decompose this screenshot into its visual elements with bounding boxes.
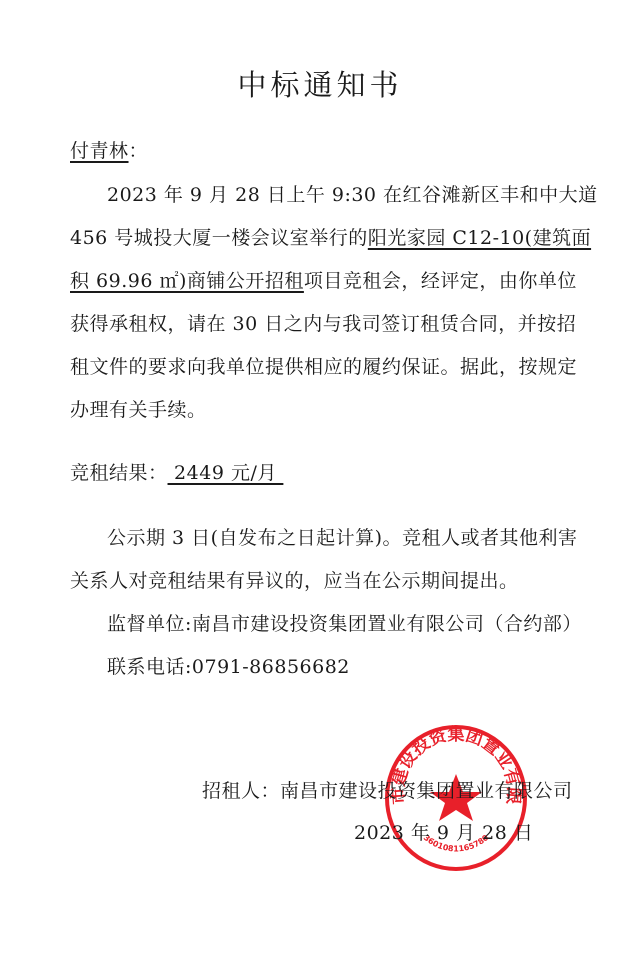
result-value: 2449 元/月 — [168, 462, 284, 484]
notice-line-2: 关系人对竞租结果有异议的，应当在公示期间提出。 — [70, 566, 519, 593]
body-line-4: 获得承租权，请在 30 日之内与我司签订租赁合同，并按招 — [70, 309, 576, 336]
notice-line-1: 公示期 3 日(自发布之日起计算)。竞租人或者其他利害 — [107, 523, 578, 550]
body-line-6: 办理有关手续。 — [70, 395, 207, 422]
recipient-colon: ： — [129, 140, 149, 162]
result-label: 竞租结果： — [70, 462, 168, 484]
document-title: 中标通知书 — [0, 63, 640, 104]
result-line: 竞租结果： 2449 元/月 — [70, 458, 283, 485]
supervisor-line: 监督单位:南昌市建设投资集团置业有限公司（合约部） — [107, 609, 582, 636]
project-name-part2: 积 69.96 ㎡)商铺公开招租 — [70, 270, 304, 292]
body-line-3-plain: 项目竞租会，经评定，由你单位 — [304, 270, 577, 292]
signature-date: 2023 年 9 月 28 日 — [354, 818, 533, 845]
body-line-3: 积 69.96 ㎡)商铺公开招租项目竞租会，经评定，由你单位 — [70, 266, 577, 293]
recipient-name: 付青林 — [70, 140, 129, 162]
project-name-part1: 阳光家园 C12-10(建筑面 — [368, 227, 591, 249]
body-line-5: 租文件的要求向我单位提供相应的履约保证。据此，按规定 — [70, 352, 577, 379]
contact-phone: 联系电话:0791-86856682 — [107, 652, 350, 679]
body-line-2: 456 号城投大厦一楼会议室举行的阳光家园 C12-10(建筑面 — [70, 223, 591, 250]
body-line-2-plain: 456 号城投大厦一楼会议室举行的 — [70, 227, 368, 249]
body-line-1: 2023 年 9 月 28 日上午 9:30 在红谷滩新区丰和中大道 — [107, 180, 598, 207]
lessor-signature: 招租人：南昌市建设投资集团置业有限公司 — [202, 776, 573, 803]
recipient-line: 付青林： — [70, 136, 148, 163]
